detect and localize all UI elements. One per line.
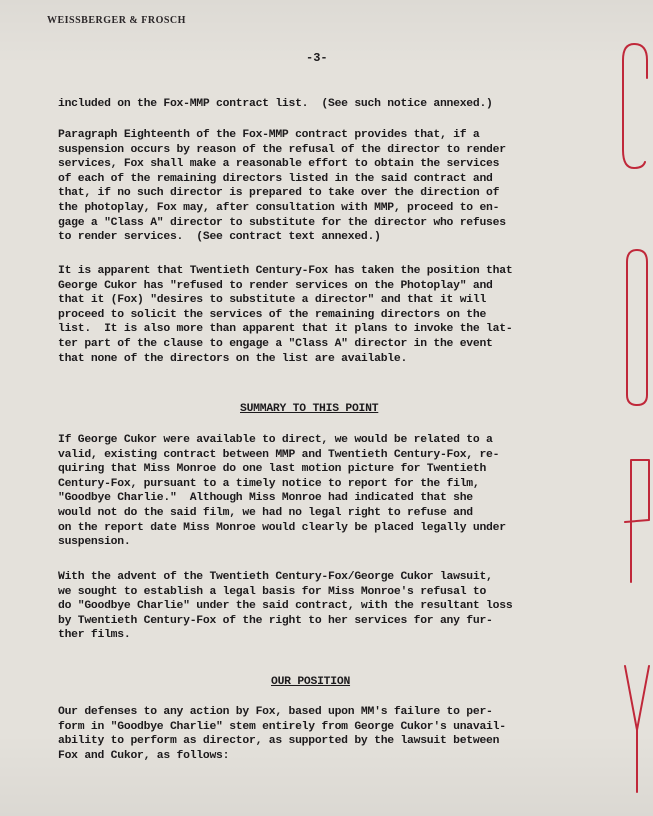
stamp-letter-o xyxy=(627,250,647,405)
paragraph-continuation: included on the Fox-MMP contract list. (… xyxy=(58,97,618,112)
paragraph-defenses: Our defenses to any action by Fox, based… xyxy=(58,705,618,763)
page-number: -3- xyxy=(306,51,328,65)
stamp-letter-p xyxy=(625,460,649,582)
heading-our-position: OUR POSITION xyxy=(271,676,350,688)
paragraph-eighteenth-clause: Paragraph Eighteenth of the Fox-MMP cont… xyxy=(58,128,618,245)
copy-stamp xyxy=(603,0,653,816)
paragraph-summary: If George Cukor were available to direct… xyxy=(58,433,618,550)
stamp-letter-y xyxy=(625,666,649,792)
stamp-letter-c xyxy=(623,44,647,168)
letterhead: WEISSBERGER & FROSCH xyxy=(47,15,186,26)
paragraph-lawsuit: With the advent of the Twentieth Century… xyxy=(58,570,618,643)
heading-summary: SUMMARY TO THIS POINT xyxy=(240,403,378,415)
document-page: WEISSBERGER & FROSCH -3- included on the… xyxy=(0,0,653,816)
paragraph-fox-position: It is apparent that Twentieth Century-Fo… xyxy=(58,264,618,366)
